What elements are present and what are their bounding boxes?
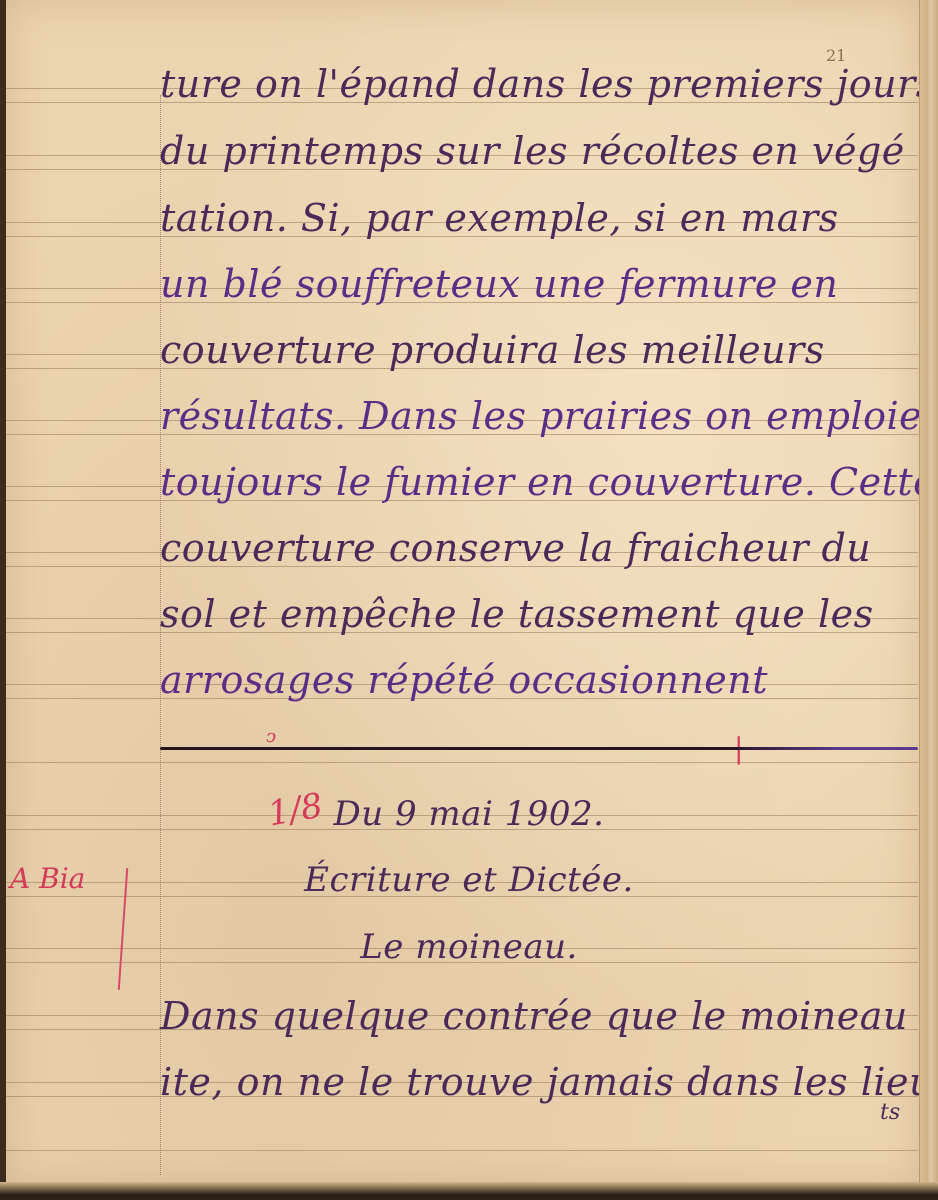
- ruled-line: [6, 762, 918, 763]
- ruled-line: [6, 1150, 918, 1151]
- section-divider: [160, 747, 918, 750]
- text-line: du printemps sur les récoltes en végé: [160, 129, 905, 173]
- text-line: couverture produira les meilleurs: [160, 328, 825, 372]
- text-line: un blé souffreteux une fermure en: [160, 262, 838, 306]
- text-line: toujours le fumier en couverture. Cette: [160, 460, 936, 504]
- text-line: tation. Si, par exemple, si en mars: [160, 196, 839, 240]
- entry-subject: Écriture et Dictée.: [0, 860, 938, 900]
- page-bottom-edge: [0, 1182, 938, 1200]
- text-line: ture on l'épand dans les premiers jours: [160, 62, 936, 106]
- text-line: résultats. Dans les prairies on emploie: [160, 394, 922, 438]
- text-line: couverture conserve la fraicheur du: [160, 526, 871, 570]
- teacher-check-mark: ͻ: [266, 726, 276, 747]
- text-line: sol et empêche le tassement que les: [160, 592, 874, 636]
- hyphen-continuation: ts: [880, 1100, 900, 1125]
- entry-date: Du 9 mai 1902.: [0, 794, 938, 834]
- text-line: ite, on ne le trouve jamais dans les lie…: [160, 1060, 938, 1104]
- entry-title: Le moineau.: [0, 927, 938, 967]
- page-stack-edge: [919, 0, 938, 1200]
- text-line: arrosages répété occasionnent: [160, 658, 768, 702]
- text-line: Dans quelque contrée que le moineau hab: [160, 994, 938, 1038]
